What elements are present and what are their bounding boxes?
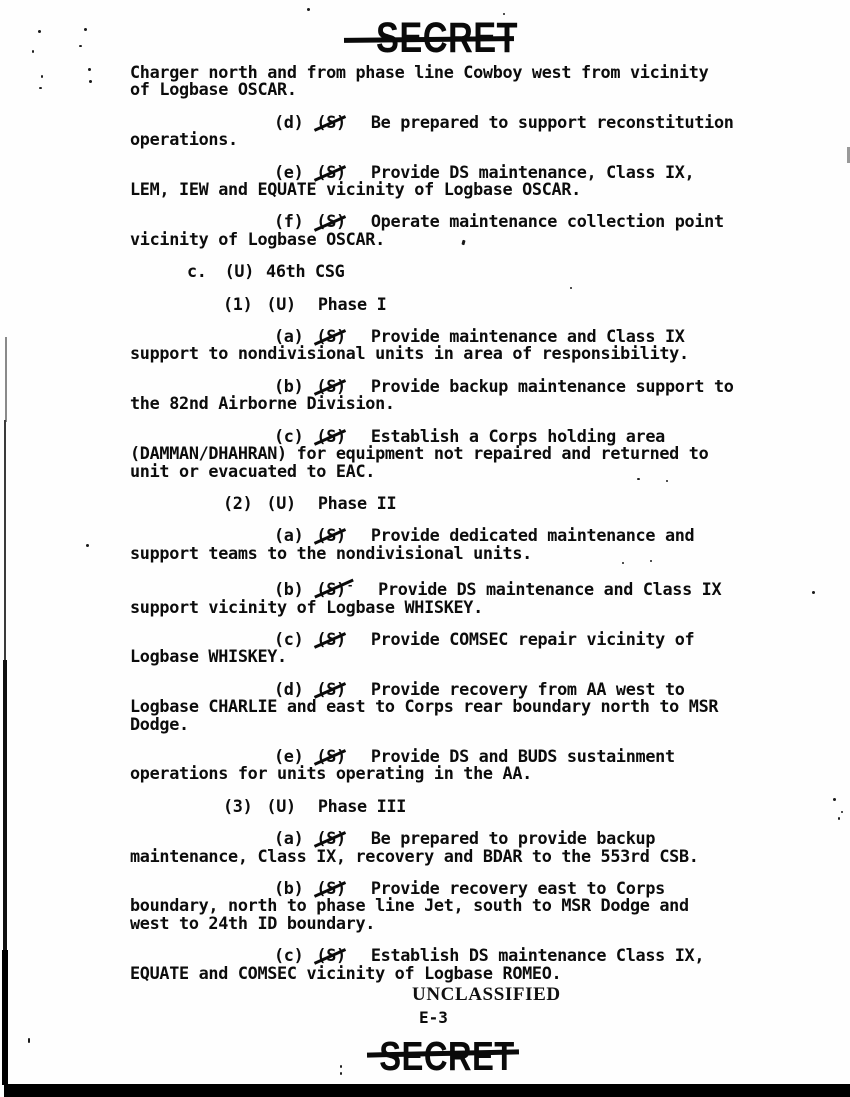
paragraph: (c)(S)Establish a Corps holding area(DAM… <box>130 428 810 480</box>
paragraph: (a)(S)Be prepared to provide backupmaint… <box>130 830 810 865</box>
document-page: SECRET Charger north and from phase line… <box>0 0 850 1097</box>
paragraph: (f)(S)Operate maintenance collection poi… <box>130 213 810 248</box>
paragraph: c.(U)46th CSG <box>130 263 810 280</box>
scan-speck <box>340 1065 342 1068</box>
classification-mark-text: (U) <box>266 796 295 816</box>
classification-mark-text: (S) <box>316 828 345 848</box>
item-label: c. <box>187 261 207 281</box>
scan-speck <box>39 87 42 89</box>
item-label: (d) <box>274 112 303 132</box>
paragraph: (b)(S)Provide backup maintenance support… <box>130 378 810 413</box>
text-line: (a)(S)Be prepared to provide backup <box>130 830 810 847</box>
text-line: Dodge. <box>130 716 810 733</box>
scan-speck <box>503 13 505 15</box>
text-line: Logbase WHISKEY. <box>130 648 810 665</box>
text-line: EQUATE and COMSEC vicinity of Logbase RO… <box>130 965 810 982</box>
classification-mark-struck: (S) <box>316 681 345 698</box>
scan-speck <box>570 287 572 289</box>
scan-artifact-left-line <box>3 660 7 955</box>
classification-mark-text: (S) <box>316 211 345 231</box>
classification-mark-struck: (S) <box>316 830 345 847</box>
classification-mark-text: (S) <box>316 579 345 599</box>
classification-mark-text: (U) <box>266 294 295 314</box>
paragraph: (e)(S)Provide DS maintenance, Class IX,L… <box>130 164 810 199</box>
paragraph: (a)(S)Provide maintenance and Class IXsu… <box>130 328 810 363</box>
paragraph-text: Operate maintenance collection point <box>371 211 724 231</box>
classification-mark: (U) <box>225 263 254 280</box>
classification-mark-struck: (S) <box>316 631 345 648</box>
scan-artifact-left-line <box>4 420 6 665</box>
paragraph-text: Phase II <box>318 493 396 513</box>
unclassified-label: UNCLASSIFIED <box>412 984 561 1006</box>
classification-mark: (U) <box>266 296 295 313</box>
text-line: (2)(U)Phase II <box>130 495 810 512</box>
paragraph-text: Provide backup maintenance support to <box>371 376 734 396</box>
scan-speck <box>86 544 89 547</box>
scan-speck <box>38 30 41 33</box>
classification-mark-struck: (S) <box>316 880 345 897</box>
paragraph: (b)(S)-Provide DS maintenance and Class … <box>130 577 810 616</box>
text-line: support to nondivisional units in area o… <box>130 345 810 362</box>
text-line: (DAMMAN/DHAHRAN) for equipment not repai… <box>130 445 810 462</box>
paragraph: Charger north and from phase line Cowboy… <box>130 64 810 99</box>
scan-speck <box>32 50 34 53</box>
text-line: maintenance, Class IX, recovery and BDAR… <box>130 848 810 865</box>
classification-mark-text: (U) <box>266 493 295 513</box>
paragraph-text: Be prepared to support reconstitution <box>371 112 734 132</box>
classification-mark-struck: (S) <box>316 947 345 964</box>
scan-speck <box>340 1072 342 1075</box>
classification-mark-struck: (S) <box>316 114 345 131</box>
paragraph: (d)(S)Be prepared to support reconstitut… <box>130 114 810 149</box>
text-line: of Logbase OSCAR. <box>130 81 810 98</box>
classification-mark-text: (S) <box>316 525 345 545</box>
paragraph-text: Provide COMSEC repair vicinity of <box>371 629 695 649</box>
text-line: support vicinity of Logbase WHISKEY. <box>130 599 810 616</box>
classification-mark-text: (S) <box>316 746 345 766</box>
paragraph: (2)(U)Phase II <box>130 495 810 512</box>
item-label: (2) <box>223 493 252 513</box>
mark-suffix: - <box>347 579 353 592</box>
scan-artifact-bottom-bar <box>4 1084 850 1097</box>
classification-mark-text: (S) <box>316 878 345 898</box>
classification-mark-struck: (S) <box>316 527 345 544</box>
paragraph-text: 46th CSG <box>266 261 344 281</box>
item-label: (3) <box>223 796 252 816</box>
paragraph: (1)(U)Phase I <box>130 296 810 313</box>
classification-mark-text: (S) <box>316 945 345 965</box>
classification-mark-text: (S) <box>316 679 345 699</box>
text-line: operations. <box>130 131 810 148</box>
classification-mark-struck: (S) <box>316 328 345 345</box>
scan-speck <box>637 478 640 480</box>
paragraph-text: Phase I <box>318 294 387 314</box>
text-line: vicinity of Logbase OSCAR. <box>130 231 810 248</box>
classification-mark-text: (S) <box>316 629 345 649</box>
text-line: Logbase CHARLIE and east to Corps rear b… <box>130 698 810 715</box>
scan-speck <box>84 28 87 31</box>
item-label: (1) <box>223 294 252 314</box>
scan-speck <box>650 560 652 562</box>
scan-speck <box>838 817 840 820</box>
text-line: (c)(S)Establish DS maintenance Class IX, <box>130 947 810 964</box>
scan-speck <box>622 562 624 564</box>
paragraph: (e)(S)Provide DS and BUDS sustainmentope… <box>130 748 810 783</box>
classification-mark-struck: (S) <box>316 748 345 765</box>
text-line: (b)(S)-Provide DS maintenance and Class … <box>130 577 810 598</box>
classification-mark-text: (S) <box>316 162 345 182</box>
scan-speck <box>841 811 843 813</box>
scan-speck <box>307 8 310 11</box>
classification-mark-text: (U) <box>225 261 254 281</box>
text-line: (3)(U)Phase III <box>130 798 810 815</box>
classification-mark-struck: (S) <box>316 428 345 445</box>
text-line: LEM, IEW and EQUATE vicinity of Logbase … <box>130 181 810 198</box>
paragraph: (3)(U)Phase III <box>130 798 810 815</box>
text-line: c.(U)46th CSG <box>130 263 810 280</box>
paragraph: (b)(S)Provide recovery east to Corpsboun… <box>130 880 810 932</box>
scan-speck <box>79 45 82 47</box>
classification-mark-text: (S) <box>316 426 345 446</box>
paragraph: (d)(S)Provide recovery from AA west toLo… <box>130 681 810 733</box>
classification-mark-text: (S) <box>316 376 345 396</box>
scan-speck <box>812 591 815 594</box>
classification-mark-text: (S) <box>316 326 345 346</box>
page-number: E-3 <box>419 1008 448 1027</box>
classification-mark-struck: (S)- <box>316 577 353 598</box>
classification-mark-struck: (S) <box>316 378 345 395</box>
classification-mark-text: (S) <box>316 112 345 132</box>
scan-speck <box>666 480 668 482</box>
scan-artifact-left-line <box>2 950 8 1085</box>
paragraph: (c)(S)Establish DS maintenance Class IX,… <box>130 947 810 982</box>
text-line: operations for units operating in the AA… <box>130 765 810 782</box>
scan-speck <box>833 798 836 801</box>
classification-mark: (U) <box>266 798 295 815</box>
classification-mark-struck: (S) <box>316 164 345 181</box>
text-line: (1)(U)Phase I <box>130 296 810 313</box>
scan-speck <box>41 75 43 78</box>
scan-speck <box>28 1038 30 1043</box>
scan-artifact-left-line <box>5 337 7 422</box>
paragraph-text: Phase III <box>318 796 406 816</box>
document-body: Charger north and from phase line Cowboy… <box>130 64 810 997</box>
classification-mark-struck: (S) <box>316 213 345 230</box>
paragraph: (c)(S)Provide COMSEC repair vicinity ofL… <box>130 631 810 666</box>
text-line: west to 24th ID boundary. <box>130 915 810 932</box>
text-line: unit or evacuated to EAC. <box>130 463 810 480</box>
scan-speck <box>89 80 92 83</box>
classification-mark: (U) <box>266 495 295 512</box>
text-line: support teams to the nondivisional units… <box>130 545 810 562</box>
text-line: the 82nd Airborne Division. <box>130 395 810 412</box>
paragraph: (a)(S)Provide dedicated maintenance ands… <box>130 527 810 562</box>
scan-speck <box>88 68 91 71</box>
